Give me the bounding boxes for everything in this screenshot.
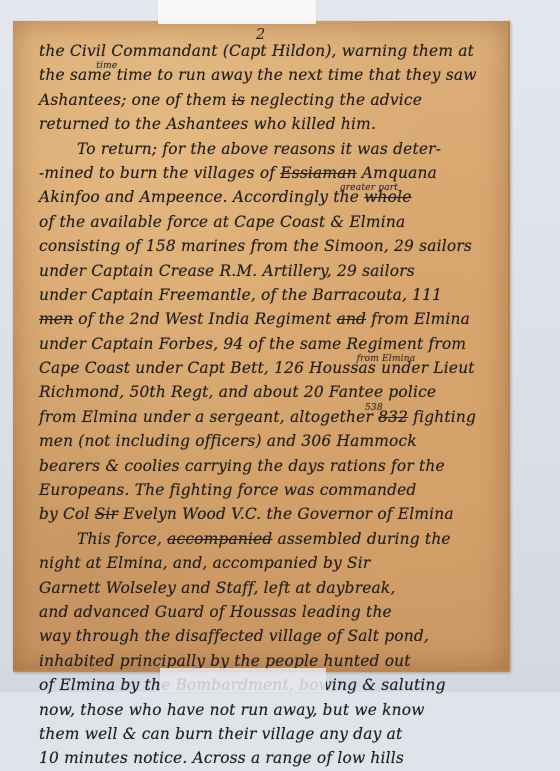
- manuscript-line: consisting of 158 marines from the Simoo…: [39, 234, 509, 258]
- interlinear-insertion: greater part: [340, 176, 398, 200]
- manuscript-line: under Captain Freemantle, of the Barraco…: [39, 283, 509, 307]
- manuscript-line: Garnett Wolseley and Staff, left at dayb…: [39, 576, 509, 600]
- manuscript-line: bearers & coolies carrying the days rati…: [39, 454, 509, 478]
- manuscript-line: -mined to burn the villages of Essiaman …: [39, 161, 509, 185]
- manuscript-line: by Col Sir Evelyn Wood V.C. the Governor…: [39, 502, 509, 526]
- struck-text: men: [39, 310, 73, 328]
- interlinear-insertion: time: [96, 54, 117, 78]
- manuscript-line: Cape Coast under Capt Bett, 126 Houssas …: [39, 356, 509, 380]
- manuscript-line: the same time to run away the next time …: [39, 63, 509, 87]
- manuscript-line: and advanced Guard of Houssas leading th…: [39, 600, 509, 624]
- manuscript-line: under Captain Crease R.M. Artillery, 29 …: [39, 259, 509, 283]
- manuscript-line: To return; for the above reasons it was …: [39, 137, 509, 161]
- struck-text: is: [232, 91, 245, 109]
- manuscript-line: under Captain Forbes, 94 of the same Reg…: [39, 332, 509, 356]
- mounting-tape-top: [158, 0, 316, 24]
- interlinear-insertion: 538: [365, 396, 383, 420]
- manuscript-line: from Elmina under a sergeant, altogether…: [39, 405, 509, 429]
- manuscript-line: men of the 2nd West India Regiment and f…: [39, 307, 509, 331]
- struck-text: and: [337, 310, 367, 328]
- manuscript-line: men (not including officers) and 306 Ham…: [39, 429, 509, 453]
- manuscript-line: of the available force at Cape Coast & E…: [39, 210, 509, 234]
- manuscript-line: night at Elmina, and, accompanied by Sir: [39, 551, 509, 575]
- manuscript-page: 2 the Civil Commandant (Capt Hildon), wa…: [13, 21, 510, 672]
- mounting-tape-bottom: [160, 668, 326, 692]
- interlinear-insertion: from Elmina: [357, 347, 416, 371]
- manuscript-line: returned to the Ashantees who killed him…: [39, 112, 509, 136]
- manuscript-line: Europeans. The fighting force was comman…: [39, 478, 509, 502]
- manuscript-line: Ashantees; one of them is neglecting the…: [39, 88, 509, 112]
- manuscript-text: the Civil Commandant (Capt Hildon), warn…: [39, 39, 509, 692]
- manuscript-line: Akinfoo and Ampeence. Accordingly the wh…: [39, 185, 509, 209]
- struck-text: accompanied: [167, 530, 272, 548]
- manuscript-line: way through the disaffected village of S…: [39, 624, 509, 648]
- manuscript-line: Richmond, 50th Regt, and about 20 Fantee…: [39, 380, 509, 404]
- struck-text: Sir: [95, 505, 118, 523]
- manuscript-line: This force, accompanied assembled during…: [39, 527, 509, 551]
